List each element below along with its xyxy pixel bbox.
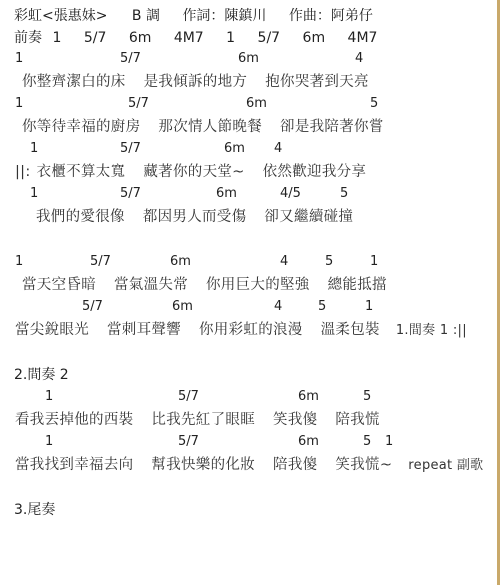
chord: 4	[274, 141, 282, 157]
chord: 5	[363, 389, 371, 405]
chord: 6m	[216, 186, 237, 202]
chord: 5/7	[258, 29, 281, 47]
chord: 5/7	[128, 96, 149, 112]
lyric-line: 看我丟掉他的西裝比我先紅了眼眶笑我傻陪我慌	[15, 411, 380, 429]
lyric-phrase: 你用巨大的堅強	[206, 276, 310, 294]
chord: 1	[52, 29, 61, 47]
chord: 1	[15, 254, 23, 270]
chord: 1	[370, 254, 378, 270]
chord: 6m	[224, 141, 245, 157]
song-composer: 作曲：阿弟仔	[289, 7, 373, 25]
lyric-phrase: 總能抵擋	[328, 276, 387, 294]
lyric-line: 當天空昏暗當氣溫失常你用巨大的堅強總能抵擋	[22, 276, 387, 294]
lyric-phrase: 衣櫃不算太寬	[37, 163, 126, 181]
lyric-phrase: 當天空昏暗	[22, 276, 96, 294]
lyric-phrase: 卻是我陪著你嘗	[280, 118, 384, 136]
chord: 1	[365, 299, 373, 315]
lyric-line: 當我找到幸福去向幫我快樂的化妝陪我傻笑我慌~repeat 副歌	[15, 456, 483, 475]
chord: 6m	[298, 434, 319, 450]
song-lyricist: 作詞：陳鎮川	[182, 7, 266, 25]
lyric-phrase: 溫柔包裝	[321, 321, 380, 339]
lyric-phrase: 當刺耳聲響	[107, 321, 181, 339]
chord: 5/7	[178, 434, 199, 450]
chord: 5/7	[90, 254, 111, 270]
intro-line: 前奏 1 5/7 6m 4M7 1 5/7 6m 4M7	[14, 29, 377, 47]
chord: 4	[274, 299, 282, 315]
lyric-phrase: 當我找到幸福去向	[15, 456, 133, 474]
chord: 5	[325, 254, 333, 270]
lyric-phrase: 幫我快樂的化妝	[151, 456, 255, 474]
chord: 1	[30, 186, 38, 202]
lyric-phrase: 藏著你的天堂~	[143, 163, 244, 181]
section-note: 1.間奏 1 :||	[396, 322, 467, 340]
lyric-phrase: 看我丟掉他的西裝	[15, 411, 133, 429]
song-title: 彩虹<張惠妹>	[14, 7, 107, 25]
chord: 1	[45, 434, 53, 450]
chord: 4M7	[348, 29, 378, 47]
lyric-line: 你整齊潔白的床是我傾訴的地方抱你哭著到天亮	[22, 73, 369, 91]
lyric-phrase: 都因男人而受傷	[143, 208, 247, 226]
chord: 5	[318, 299, 326, 315]
chord: 1	[45, 389, 53, 405]
song-header: 彩虹<張惠妹> B 調 作詞：陳鎮川 作曲：阿弟仔	[14, 7, 373, 25]
chord: 5/7	[178, 389, 199, 405]
lyric-phrase: 你整齊潔白的床	[22, 73, 126, 91]
lyric-phrase: 抱你哭著到天亮	[265, 73, 369, 91]
chord: 5/7	[120, 141, 141, 157]
chord: 6m	[303, 29, 326, 47]
chord: 5/7	[82, 299, 103, 315]
song-key: B 調	[132, 7, 160, 25]
lyrics-sheet: 彩虹<張惠妹> B 調 作詞：陳鎮川 作曲：阿弟仔 前奏 1 5/7 6m 4M…	[0, 0, 497, 585]
chord: 5/7	[84, 29, 107, 47]
lyric-line: 你等待幸福的廚房那次情人節晚餐卻是我陪著你嘗	[22, 118, 384, 136]
repeat-start-mark: ||:	[15, 163, 31, 181]
chord: 1	[15, 51, 23, 67]
lyric-phrase: 你等待幸福的廚房	[22, 118, 140, 136]
lyric-phrase: 你用彩虹的浪漫	[199, 321, 303, 339]
chord: 4	[355, 51, 363, 67]
lyric-phrase: 那次情人節晚餐	[158, 118, 262, 136]
chord: 1	[15, 96, 23, 112]
lyric-line: ||:衣櫃不算太寬藏著你的天堂~依然歡迎我分享	[15, 163, 366, 181]
lyric-phrase: 當尖銳眼光	[15, 321, 89, 339]
lyric-phrase: 比我先紅了眼眶	[151, 411, 255, 429]
chord: 6m	[170, 254, 191, 270]
chord: 6m	[172, 299, 193, 315]
lyric-phrase: 陪我慌	[335, 411, 379, 429]
chord: 6m	[298, 389, 319, 405]
chord: 5/7	[120, 51, 141, 67]
chord: 4/5	[280, 186, 301, 202]
chord: 4M7	[174, 29, 204, 47]
chord: 4	[280, 254, 288, 270]
chord: 6m	[129, 29, 152, 47]
lyric-phrase: 依然歡迎我分享	[263, 163, 367, 181]
lyric-phrase: 卻又繼續碰撞	[264, 208, 353, 226]
lyric-phrase: 笑我慌~	[335, 456, 392, 474]
chord: 6m	[246, 96, 267, 112]
lyric-phrase: 陪我傻	[273, 456, 317, 474]
chord: 1	[30, 141, 38, 157]
lyric-line: 當尖銳眼光當刺耳聲響你用彩虹的浪漫溫柔包裝1.間奏 1 :||	[15, 321, 467, 340]
intro-label: 前奏	[14, 29, 42, 47]
chord: 5	[340, 186, 348, 202]
section-note: repeat 副歌	[408, 457, 483, 475]
lyric-phrase: 是我傾訴的地方	[144, 73, 248, 91]
lyric-phrase: 笑我傻	[273, 411, 317, 429]
chord: 1	[226, 29, 235, 47]
chord: 5	[370, 96, 378, 112]
chord: 1	[385, 434, 393, 450]
chord: 5/7	[120, 186, 141, 202]
interlude2-label: 2.間奏 2	[14, 366, 69, 384]
chord: 5	[363, 434, 371, 450]
outro-label: 3.尾奏	[14, 501, 55, 519]
lyric-phrase: 當氣溫失常	[114, 276, 188, 294]
lyric-line: 我們的愛很像都因男人而受傷卻又繼續碰撞	[36, 208, 353, 226]
lyric-phrase: 我們的愛很像	[36, 208, 125, 226]
chord: 6m	[238, 51, 259, 67]
